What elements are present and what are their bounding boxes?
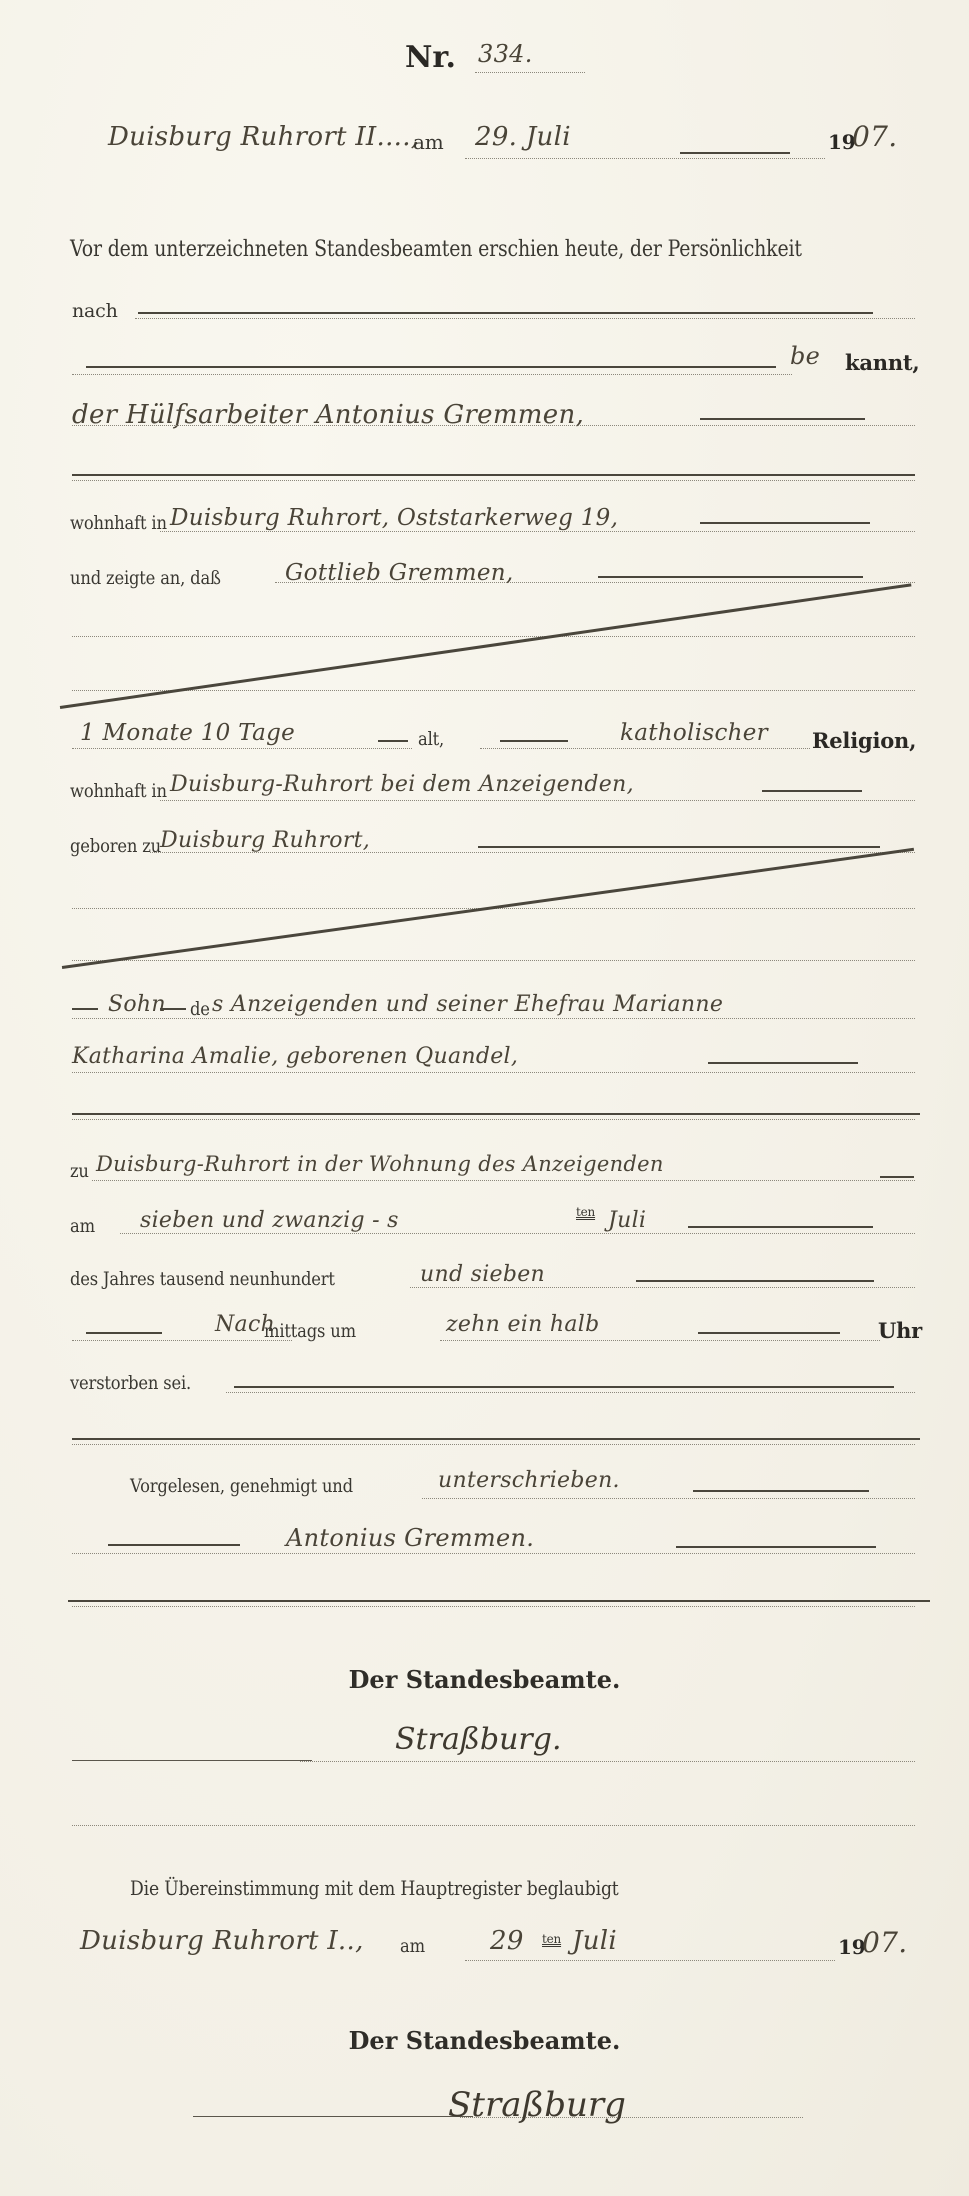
informant-double-rule-dots bbox=[72, 480, 915, 481]
death-time-value: zehn ein halb bbox=[446, 1312, 599, 1337]
death-mittags-label: mittags um bbox=[264, 1320, 356, 1342]
header-place: Duisburg Ruhrort II...., bbox=[108, 122, 419, 152]
parents-dash-2 bbox=[160, 1008, 186, 1010]
deceased-birthplace-filler bbox=[478, 846, 880, 848]
deceased-birthplace: Duisburg Ruhrort, bbox=[160, 828, 370, 853]
death-zu-label: zu bbox=[70, 1160, 89, 1182]
header-date-line bbox=[465, 158, 825, 159]
deceased-age-dash bbox=[378, 740, 408, 742]
death-date-filler bbox=[688, 1226, 873, 1228]
death-place-dotline bbox=[92, 1180, 915, 1181]
informant-wohnhaft-label: wohnhaft in bbox=[70, 512, 167, 534]
parents-line2-dotline bbox=[72, 1072, 915, 1073]
intro-nach-dotline bbox=[135, 318, 915, 319]
death-year-label: des Jahres tausend neunhundert bbox=[70, 1268, 335, 1290]
parents-line1-dotline bbox=[72, 1018, 915, 1019]
registrar-line-1-dots bbox=[300, 1761, 915, 1762]
header-date-filler bbox=[680, 152, 790, 154]
deceased-religion-dash bbox=[500, 740, 568, 742]
signoff-vorgelesen-value: unterschrieben. bbox=[438, 1468, 620, 1493]
deceased-religion-dotline bbox=[480, 748, 810, 749]
informant-signature: Antonius Gremmen. bbox=[286, 1524, 534, 1552]
deceased-name-filler bbox=[598, 576, 863, 578]
death-date-dotline bbox=[120, 1233, 915, 1234]
informant-signature-dash-left bbox=[108, 1544, 240, 1546]
deceased-religion-value: katholischer bbox=[620, 720, 768, 746]
death-verstorben-dotline bbox=[226, 1392, 915, 1393]
header-date: 29. Juli bbox=[475, 122, 571, 152]
intro-bekannt-print: kannt, bbox=[845, 350, 920, 375]
signoff-double-rule bbox=[68, 1600, 930, 1602]
header-am-label: am bbox=[413, 130, 444, 154]
informant-name-filler bbox=[700, 418, 865, 420]
death-place-filler bbox=[880, 1176, 914, 1178]
informant-residence: Duisburg Ruhrort, Oststarkerweg 19, bbox=[170, 505, 618, 531]
parents-double-rule bbox=[72, 1113, 920, 1115]
intro-text: Vor dem unterzeichneten Standesbeamten e… bbox=[70, 237, 802, 262]
parents-de-label: de bbox=[190, 998, 210, 1020]
deceased-residence-filler bbox=[762, 790, 862, 792]
informant-signature-dotline bbox=[72, 1553, 915, 1554]
death-uhr-label: Uhr bbox=[878, 1318, 922, 1343]
signoff-vorgelesen-label: Vorgelesen, genehmigt und bbox=[130, 1475, 353, 1497]
death-year-dotline bbox=[410, 1287, 915, 1288]
parents-line1: s Anzeigenden und seiner Ehefrau Mariann… bbox=[212, 992, 723, 1017]
certification-text: Die Übereinstimmung mit dem Hauptregiste… bbox=[130, 1876, 619, 1900]
death-time-dotline bbox=[440, 1340, 880, 1341]
certification-place: Duisburg Ruhrort I.., bbox=[80, 1926, 364, 1956]
certification-day: 29 bbox=[490, 1926, 524, 1956]
blank-line-2 bbox=[72, 690, 915, 691]
death-double-rule-dots bbox=[72, 1444, 915, 1445]
certification-month: Juli bbox=[572, 1926, 617, 1956]
entry-number-value: 334. bbox=[478, 40, 533, 68]
death-day-sup: ten bbox=[576, 1205, 595, 1219]
deceased-wohnhaft-label: wohnhaft in bbox=[70, 780, 167, 802]
parents-line2-filler bbox=[708, 1062, 858, 1064]
death-time-filler bbox=[698, 1332, 840, 1334]
certification-day-sup: ten bbox=[542, 1932, 561, 1946]
informant-double-rule bbox=[72, 474, 915, 476]
deceased-alt-label: alt, bbox=[418, 728, 444, 750]
certification-date-dotline bbox=[465, 1960, 835, 1961]
parents-dash-1 bbox=[72, 1008, 98, 1010]
deceased-birthplace-dotline bbox=[150, 852, 915, 853]
death-day: sieben und zwanzig - s bbox=[140, 1208, 399, 1233]
registrar-line-1-left bbox=[72, 1760, 312, 1761]
death-year-filler bbox=[636, 1280, 874, 1282]
intro-bekannt-filler bbox=[86, 366, 776, 368]
deceased-residence: Duisburg-Ruhrort bei dem Anzeigenden, bbox=[170, 772, 634, 797]
intro-nach-label: nach bbox=[72, 300, 118, 322]
registrar-line-2-left bbox=[193, 2116, 473, 2117]
intro-bekannt-dotline bbox=[72, 374, 792, 375]
certification-am-label: am bbox=[400, 1935, 425, 1957]
registrar-title-2: Der Standesbeamte. bbox=[0, 2026, 969, 2055]
death-month: Juli bbox=[608, 1208, 646, 1233]
certification-year-suffix: 07. bbox=[862, 1926, 907, 1959]
informant-zeigte-label: und zeigte an, daß bbox=[70, 567, 221, 589]
parents-sohn: Sohn bbox=[108, 992, 166, 1017]
entry-number-label: Nr. bbox=[405, 40, 456, 75]
deceased-name-dotline bbox=[275, 582, 915, 583]
entry-number-underline bbox=[475, 72, 585, 73]
registrar-signature-1: Straßburg. bbox=[395, 1722, 561, 1757]
death-am-label: am bbox=[70, 1215, 95, 1237]
death-verstorben-label: verstorben sei. bbox=[70, 1372, 191, 1394]
intro-bekannt-hand: be bbox=[790, 342, 820, 370]
informant-residence-filler bbox=[700, 522, 870, 524]
death-verstorben-filler bbox=[234, 1386, 894, 1388]
registrar-signature-2: Straßburg bbox=[448, 2085, 626, 2125]
civil-register-page: Nr. 334. Duisburg Ruhrort II...., am 29.… bbox=[0, 0, 969, 2196]
death-double-rule bbox=[72, 1438, 920, 1440]
informant-signature-dash-right bbox=[676, 1546, 876, 1548]
death-place: Duisburg-Ruhrort in der Wohnung des Anze… bbox=[96, 1152, 664, 1176]
registrar-title-1: Der Standesbeamte. bbox=[0, 1665, 969, 1694]
registrar-line-1b bbox=[72, 1825, 915, 1826]
blank-line-4 bbox=[72, 960, 915, 961]
parents-double-rule-dots bbox=[72, 1119, 915, 1120]
deceased-age-dotline bbox=[72, 748, 412, 749]
signoff-dotline bbox=[422, 1498, 915, 1499]
death-time-dash bbox=[86, 1332, 162, 1334]
death-time-prefix-dotline bbox=[72, 1340, 292, 1341]
informant-residence-dotline bbox=[160, 531, 915, 532]
death-year-value: und sieben bbox=[420, 1262, 545, 1287]
blank-line-1 bbox=[72, 636, 915, 637]
deceased-religion-label: Religion, bbox=[812, 728, 916, 753]
signoff-filler bbox=[693, 1490, 869, 1492]
deceased-age: 1 Monate 10 Tage bbox=[80, 720, 295, 746]
informant-name-dotline bbox=[72, 425, 915, 426]
header-year-suffix: 07. bbox=[852, 120, 897, 153]
deceased-geboren-label: geboren zu bbox=[70, 835, 161, 857]
parents-line2: Katharina Amalie, geborenen Quandel, bbox=[72, 1044, 518, 1069]
intro-nach-filler bbox=[138, 312, 873, 314]
signoff-double-rule-dots bbox=[72, 1606, 915, 1607]
deceased-residence-dotline bbox=[160, 800, 915, 801]
